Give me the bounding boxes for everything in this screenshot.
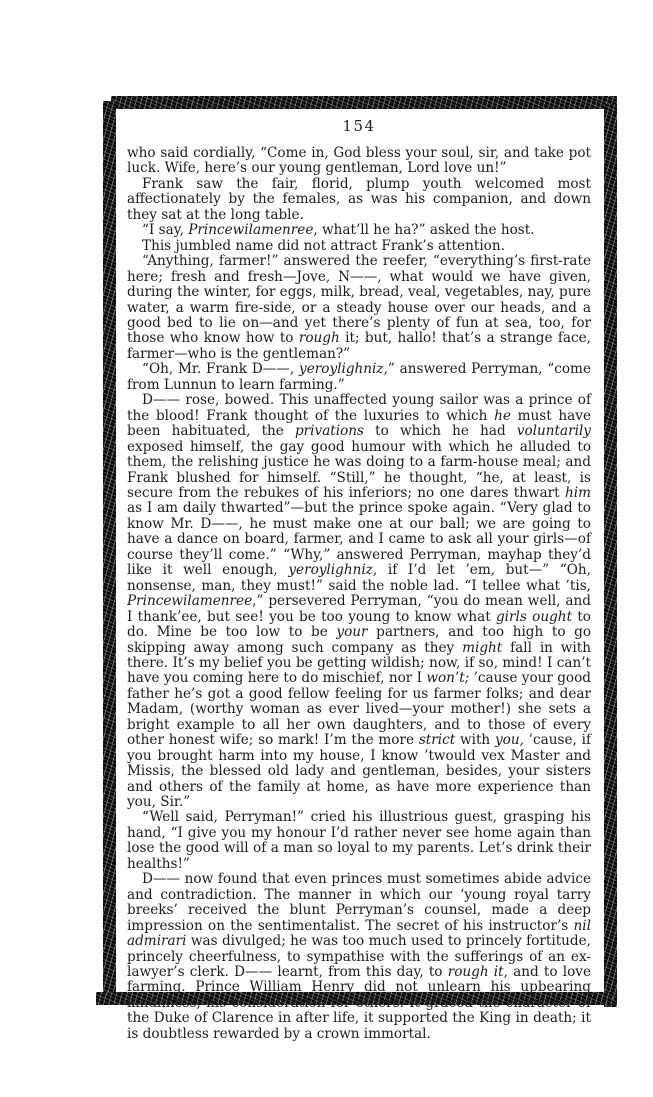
paragraph: D—— now found that even princes must som… (127, 872, 591, 1042)
frame-border-left (103, 101, 116, 992)
paragraph: Frank saw the fair, florid, plump youth … (127, 177, 591, 223)
book-page: 154 who said cordially, “Come in, God bl… (0, 0, 653, 1097)
paragraph: “Anything, farmer!” answered the reefer,… (127, 254, 591, 362)
paragraph: D—— rose, bowed. This unaffected young s… (127, 393, 591, 810)
paragraph: “I say, Princewilamenree, what’ll he ha?… (127, 223, 591, 238)
paragraph: “Oh, Mr. Frank D——, yeroylighniz,” answe… (127, 362, 591, 393)
text-block: who said cordially, “Come in, God bless … (127, 146, 591, 1042)
paragraph: This jumbled name did not attract Frank’… (127, 239, 591, 254)
paragraph: who said cordially, “Come in, God bless … (127, 146, 591, 177)
page-number: 154 (127, 117, 591, 135)
paragraph: “Well said, Perryman!” cried his illustr… (127, 810, 591, 872)
frame-border-top (111, 96, 617, 109)
frame-border-right (604, 104, 617, 1007)
